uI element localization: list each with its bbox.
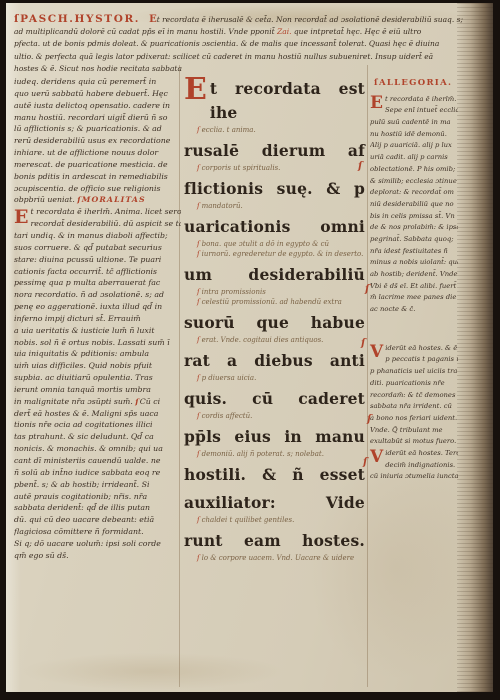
text-line: uriā cadit. alij p carnis — [370, 152, 458, 164]
text-line: Vbi ē ds̄ eī. Et alibi. fuert̄ — [370, 281, 458, 293]
text-line: Sepe enī intuet̄ ecclia po — [385, 105, 458, 117]
commentary-paragraph: V iderūt eā hostes. & ē. Sepep peccatis … — [370, 343, 458, 448]
text-line: bis in celis pmissa st̄. Vn — [370, 211, 458, 223]
scripture-text-line: um desiderabiliū — [184, 263, 365, 287]
scripture-text-line: auxiliator: Vide — [184, 491, 365, 515]
column-gap — [370, 316, 458, 343]
scripture-text-line: rusalē dierum af — [184, 139, 365, 163]
text-line: Si q; dō uacare uolum̄: ipsi soli corde — [14, 538, 181, 550]
text-line: sabbata nr̄a irrident. cū — [370, 401, 458, 413]
scripture-line-group: quis. cū caderet cordis affectū. — [184, 387, 365, 421]
text-line: a bono nos feriari uident. — [370, 413, 458, 425]
left-commentary-column: iudeq. deridens quia cū peremert̄ inquo … — [14, 76, 181, 562]
left-column-block-2: t recordata ē iherlm̄. Anima. licet sero… — [14, 206, 181, 561]
text-line: bonis pditis in ardescat in remediabilis — [14, 171, 181, 183]
scripture-entries: t recordata est ihe ecclia. t anima. rus… — [184, 77, 365, 563]
interlinear-gloss: intra promissionis — [184, 287, 365, 297]
text-line: nora recordatio. ñ ad ɔsolationē. s; ad — [14, 289, 181, 301]
text-line: dū. qui cū deo uacare debeant: etiā — [14, 514, 181, 526]
text-line: rerū desiderabiliū usus ex recordatione — [14, 135, 181, 147]
text-line: flagiciosa cōmittere ñ formidant. — [14, 526, 181, 538]
text-line: de & nos prolabim̄: & ipsa — [370, 222, 458, 234]
text-line: suos corruere. & qd̄ putabat securius — [14, 242, 181, 254]
commentary-paragraph: E t recordata ē iherlm̄.Sepe enī intuet̄… — [370, 94, 458, 316]
text-line: pessimę qua p multa aberrauerat fac — [14, 277, 181, 289]
scripture-line-group: auxiliator: Vide chaldei t quilibet gent… — [184, 491, 365, 525]
text-line: recordat̄ desiderabiliū. dū aspicit se t… — [30, 218, 181, 230]
text-line: pbent̄. s; & ab hostib; irrideant̄. Si — [14, 479, 181, 491]
text-line: qm̄ ego sū ds̄. — [14, 550, 181, 562]
paragraph-lines: t recordata ē iherlm̄.Sepe enī intuet̄ e… — [370, 94, 458, 316]
scripture-column: E t recordata est ihe ecclia. t anima. r… — [184, 77, 365, 567]
interlinear-gloss: celestiū promissionū. ad habendū extra — [184, 297, 365, 307]
text-line: & similib; ecclesia ɔtinue — [370, 176, 458, 188]
header-lines: ad multiplicandū dolorē cū cadat pp̄s eī… — [14, 26, 467, 76]
text-line: a uia ueritatis & iusticie lum̄ ñ luxit — [14, 325, 181, 337]
section-rubric-allegoria: ſALLEGORIA. — [374, 78, 458, 90]
text-line: recordam̄: & tc̄ demones — [370, 390, 458, 402]
text-line: ɔcupiscentia. de officio sue religionis — [14, 183, 181, 195]
text-line: uia iniquitatis & pditionis: ambula — [14, 348, 181, 360]
text-line: Vnde. Q̄ tribulant me — [370, 425, 458, 437]
scripture-text-line: flictionis suę. & p — [184, 177, 365, 201]
interlinear-gloss: corporis ut spiritualis. — [184, 163, 365, 173]
scripture-line-group: runt eam hostes. lo & corpore uacem. Vnd… — [184, 529, 365, 563]
text-line: tas ptrahunt. & sic deludunt. Qd̄ ca — [14, 431, 181, 443]
scripture-line-group: um desiderabiliū intra promissionis cele… — [184, 263, 365, 307]
text-line: merescat. de puaricatione mesticia. de — [14, 159, 181, 171]
text-line: supbia. ac diuitiarū opulentia. Tras — [14, 372, 181, 384]
red-word: Zai. — [277, 27, 291, 36]
text-line: obpbriū ueniat. ſMORALITAS — [14, 194, 181, 206]
text-line: ierunt omnia tanquā mortis umbra — [14, 384, 181, 396]
drop-cap-initial: E — [184, 77, 207, 102]
interlinear-gloss: p diuersa uicia. — [184, 373, 365, 383]
scripture-line-group: uaricationis omni bona. que ɔtulit a dō … — [184, 215, 365, 259]
scripture-line-group: t recordata est ihe ecclia. t anima. — [184, 77, 365, 135]
text-line: uim̄ uias difficiles. Quid nobis pfuit — [14, 360, 181, 372]
text-line: nr̄a idest festiuitates ñ — [370, 246, 458, 258]
text-line: cant dī ministeriis cauendū ualde. ne — [14, 455, 181, 467]
text-line: cū iniuria ɔtumelia iuncta. — [370, 471, 458, 483]
right-commentary-column: ſALLEGORIA. E t recordata ē iherlm̄.Sepe… — [370, 75, 458, 483]
text-line: tari undiq. & in manus diaboli affectib; — [14, 230, 181, 242]
scripture-text-line: suorū que habue — [184, 311, 365, 335]
text-line: m̄ lacrime mee panes die — [370, 292, 458, 304]
text-line: cationis facta occurrit̄. tc̄ affliction… — [14, 266, 181, 278]
text-line: in malignitate nr̄a ɔsūpti sum̄. ſCū ci — [14, 396, 181, 408]
text-line: exultabūt si motus fuero. — [370, 436, 458, 448]
left-column-block-1: iudeq. deridens quia cū peremert̄ inquo … — [14, 76, 181, 206]
scripture-line-group: hostili. & ñ esset — [184, 463, 365, 487]
drop-cap-initial: E — [14, 207, 28, 227]
interlinear-gloss: chaldei t quilibet gentiles. — [184, 515, 365, 525]
text-line: inferno impij dicturi st̄. Errauim̄ — [14, 313, 181, 325]
text-line: oblectationē. P his omib; — [370, 164, 458, 176]
text-line: diti. puaricationis nr̄e — [370, 378, 458, 390]
text-line: t recordata ē iherlm̄. — [385, 94, 458, 106]
scripture-text-line: t recordata est ihe — [184, 77, 365, 125]
interlinear-gloss: ecclia. t anima. — [184, 125, 365, 135]
header-text: t recordata ē iherusalē & cet̄a. Non rec… — [157, 15, 463, 24]
text-line: nonicis. & monachis. & omnib; qui ua — [14, 443, 181, 455]
text-line: autē prauis cogitationib; nr̄is. nr̄a — [14, 491, 181, 503]
interlinear-gloss: iurnorū. egrederetur de egypto. & in des… — [184, 249, 365, 259]
drop-cap-initial: V — [370, 343, 383, 361]
book-fore-edge — [457, 3, 493, 692]
paragraph-mark-icon: ſ — [367, 414, 371, 425]
text-line: ultio. & perfecta quā legis lator pdixer… — [14, 51, 467, 64]
text-line: Alij p auariciā. alij p lux — [370, 140, 458, 152]
scripture-text-line: pp̄ls eius in manu — [184, 425, 365, 449]
paragraph-mark-icon: ſ — [363, 457, 367, 468]
interlinear-gloss: lo & corpore uacem. Vnd. Uacare & uidere — [184, 553, 365, 563]
text-line: ad multiplicandū dolorē cū cadat pp̄s eī… — [14, 26, 467, 39]
text-line: quo uerū sabbatū habere debuert̄. Hęc — [14, 88, 181, 100]
text-line: dert̄ eā hostes & ē. Maligni sp̄s uaca — [14, 408, 181, 420]
header-block: ſPASCH.HYSTOR.Et recordata ē iherusalē &… — [14, 13, 467, 76]
drop-cap-initial: E — [370, 94, 383, 112]
text-line: sabbata derident̄: qd̄ de illis putan — [14, 502, 181, 514]
scripture-text-line: quis. cū caderet — [184, 387, 365, 411]
scripture-line-group: flictionis suę. & p mandatorū. — [184, 177, 365, 211]
text-line: lū afflictionis s; & puaricationis. & ad — [14, 123, 181, 135]
text-line: iderūt eā hostes. Tercius — [385, 448, 458, 460]
manuscript-page: ſPASCH.HYSTOR.Et recordata ē iherusalē &… — [6, 3, 493, 692]
text-line: ab hostib; derident̄. Vnde. — [370, 269, 458, 281]
header-line-1: ſPASCH.HYSTOR.Et recordata ē iherusalē &… — [14, 13, 467, 26]
text-line: decim̄ indignationis. q̄a — [385, 460, 458, 472]
column-ruling-line — [367, 65, 368, 687]
scripture-line-group: suorū que habue erat. Vnde. cogitaui die… — [184, 311, 365, 345]
paragraph-mark-icon: ſ — [358, 161, 362, 172]
text-line: p phanaticis uel uiciis tra — [370, 366, 458, 378]
text-line: nu hostiū idē demonū. — [370, 129, 458, 141]
text-line: inhiare. ut de afflictione nouus dolor — [14, 147, 181, 159]
scripture-line-group: rat a diebus anti p diuersa uicia. — [184, 349, 365, 383]
commentary-paragraph: V iderūt eā hostes. Terciusdecim̄ indign… — [370, 448, 458, 483]
text-line: t recordata ē iherlm̄. Anima. licet sero — [30, 206, 181, 218]
interlinear-gloss: mandatorū. — [184, 201, 365, 211]
text-line: tionis nr̄e ocia ad cogitationes illici — [14, 419, 181, 431]
drop-cap-initial: V — [370, 448, 383, 466]
text-line: ac nocte & c̄. — [370, 304, 458, 316]
text-line: pulū suū cadentē in ma — [370, 117, 458, 129]
text-line: pegrinat̄. Sabbata quoq; — [370, 234, 458, 246]
interlinear-gloss: erat. Vnde. cogitaui dies antiquos. — [184, 335, 365, 345]
scripture-text-line: runt eam hostes. — [184, 529, 365, 553]
text-line: iudeq. deridens quia cū peremert̄ in — [14, 76, 181, 88]
text-line: manu hostiū. recordari uigit̄ dierū ñ so — [14, 112, 181, 124]
interlinear-gloss: demoniū. alij ñ poterat. s; nolebat. — [184, 449, 365, 459]
paragraph-mark-icon: ſ — [361, 338, 365, 349]
section-rubric-pasch-hystor: ſPASCH.HYSTOR. — [14, 13, 140, 25]
text-line: nobis. sol ñ ē ortus nobis. Lassati sum̄… — [14, 337, 181, 349]
text-line: stare: diuina pcussū ultione. Te puari — [14, 254, 181, 266]
paragraph-mark-icon: ſ — [365, 284, 369, 295]
scripture-text-line: hostili. & ñ esset — [184, 463, 365, 487]
text-line: ñ solū ab int̄no iudice sabbata eoq re — [14, 467, 181, 479]
red-initial: E — [149, 14, 157, 25]
scripture-text-line: uaricationis omni — [184, 215, 365, 239]
scripture-line-group: rusalē dierum af corporis ut spiritualis… — [184, 139, 365, 173]
text-line: minus a nobis uiolant̄: quā — [370, 257, 458, 269]
text-line: p peccatis t paganis ut — [385, 354, 458, 366]
text-line: pfecta. ut de bonis pdmis doleat. & puar… — [14, 38, 467, 51]
interlinear-gloss: cordis affectū. — [184, 411, 365, 421]
text-line: autē iusta delictoq opensatio. cadere in — [14, 100, 181, 112]
text-line: deplorat: & recordat̄ om — [370, 187, 458, 199]
moralitas-rubric: ſMORALITAS — [77, 195, 146, 204]
text-line: penę eo aggerationē. iuxta illud qd̄ in — [14, 301, 181, 313]
scripture-line-group: pp̄ls eius in manu demoniū. alij ñ poter… — [184, 425, 365, 459]
text-line: niū desiderabiliū que no — [370, 199, 458, 211]
text-line: iderūt eā hostes. & ē. Sepe — [385, 343, 458, 355]
scripture-text-line: rat a diebus anti — [184, 349, 365, 373]
interlinear-gloss: bona. que ɔtulit a dō in egypto & cū — [184, 239, 365, 249]
